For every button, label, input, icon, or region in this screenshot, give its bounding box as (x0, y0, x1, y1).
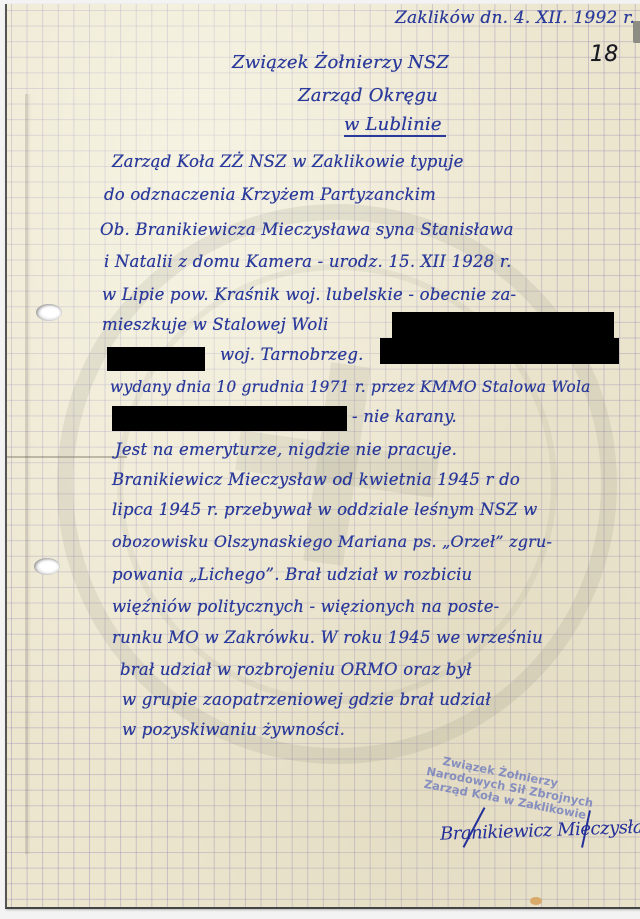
body-line: powania „Lichego”. Brał udział w rozbici… (112, 565, 472, 584)
body-line: mieszkuje w Stalowej Woli (102, 315, 329, 334)
body-line: Ob. Branikiewicza Mieczysława syna Stani… (100, 220, 514, 239)
body-line: lipca 1945 r. przebywał w oddziale leśny… (112, 500, 537, 519)
body-line: brał udział w rozbrojeniu ORMO oraz był (120, 660, 472, 679)
addressee-line: w Lublinie (344, 114, 446, 137)
addressee-line: Zarząd Okręgu (298, 85, 438, 106)
body-line: Jest na emeryturze, nigdzie nie pracuje. (115, 440, 457, 459)
body-line: runku MO w Zakrówku. W roku 1945 we wrze… (112, 628, 543, 647)
body-line: Zarząd Koła ZŻ NSZ w Zaklikowie typuje (112, 152, 464, 171)
body-line: do odznaczenia Krzyżem Partyzanckim (104, 185, 436, 204)
body-line: wydany dnia 10 grudnia 1971 r. przez KMM… (110, 378, 591, 396)
paper-crease (25, 94, 31, 854)
redaction-box (112, 406, 347, 431)
redaction-box (107, 347, 205, 371)
redaction-box (392, 312, 614, 339)
place-and-date: Zaklików dn. 4. XII. 1992 r. (395, 8, 635, 28)
paper-stain (530, 897, 542, 905)
body-line: - nie karany. (352, 407, 457, 426)
body-line: więźniów politycznych - więzionych na po… (112, 597, 499, 616)
punch-hole (34, 558, 60, 575)
page-number: 18 (590, 42, 618, 67)
body-line: i Natalii z domu Kamera - urodz. 15. XII… (104, 252, 512, 271)
punch-hole (36, 304, 62, 321)
body-line: w grupie zaopatrzeniowej gdzie brał udzi… (122, 690, 491, 709)
body-line: w Lipie pow. Kraśnik woj. lubelskie - ob… (102, 285, 516, 304)
body-line: obozowisku Olszynaskiego Mariana ps. „Or… (112, 532, 552, 551)
body-line: Branikiewicz Mieczysław od kwietnia 1945… (112, 470, 520, 489)
redaction-box (380, 338, 619, 364)
body-line: woj. Tarnobrzeg. (220, 345, 364, 364)
addressee-line: Związek Żołnierzy NSZ (232, 52, 449, 73)
body-line: w pozyskiwaniu żywności. (122, 720, 345, 739)
